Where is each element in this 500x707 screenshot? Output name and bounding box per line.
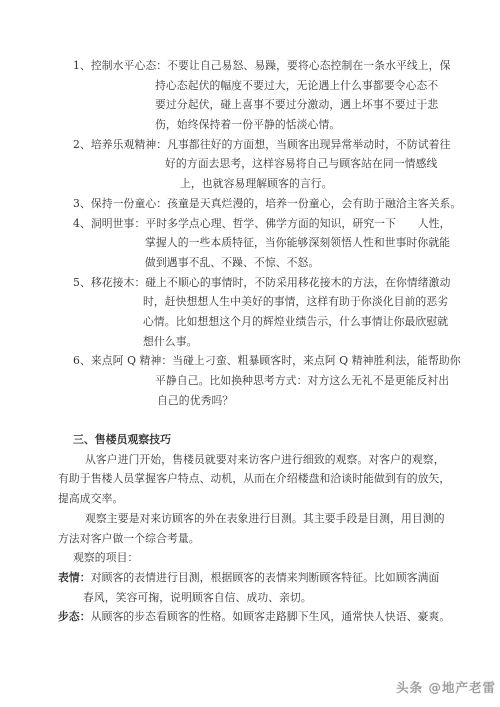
text-line: 自己的优秀吗？ [0, 391, 500, 411]
text-line: 掌握人的一些本质特征，当你能够深刻领悟人性和世事时你就能 [0, 233, 500, 253]
line-text: 掌握人的一些本质特征，当你能够深刻领悟人性和世事时你就能 [145, 236, 450, 249]
line-text: 1、控制水平心态：不要让自己易怒、易躁，要将心态控制在一条水平线上，保 [73, 59, 450, 72]
text-line: 表情：对顾客的表情进行目测，根据顾客的表情来判断顾客特征。比如顾客满面 [0, 568, 500, 588]
text-line: 想什么事。 [0, 332, 500, 352]
line-text: 做到遇事不乱、不躁、不惊、不怒。 [145, 256, 319, 269]
line-text: 三、售楼员观察技巧 [73, 433, 171, 446]
watermark-text: 头条 @地产老雷 [396, 680, 496, 695]
line-text: 6、来点阿 Q 精神：当碰上刁蛮、粗暴顾客时，来点阿 Q 精神胜利法，能帮助你 [73, 354, 461, 367]
text-line: 要过分起伏，碰上喜事不要过分激动，遇上坏事不要过于悲 [0, 95, 500, 115]
text-line: 步态：从顾客的步态看顾客的性格。如顾客走路脚下生风，通常快人快语、豪爽。 [0, 607, 500, 627]
line-text: 4、洞明世事：平时多学点心理、哲学、佛学方面的知识，研究一下 人性， [73, 217, 450, 230]
line-text: 伤，始终保持着一份平静的恬淡心情。 [155, 118, 340, 131]
line-text: 春风，笑容可掬，说明顾客自信、成功、亲切。 [83, 591, 312, 604]
line-text: 好的方面去思考，这样容易将自己与顾客站在同一情感线 [165, 157, 437, 170]
line-label: 表情： [58, 571, 91, 584]
line-text: 5、移花接木：碰上不顺心的事情时，不防采用移花接木的方法，在你情绪激动 [73, 276, 450, 289]
line-label: 步态： [58, 610, 91, 623]
text-line: 1、控制水平心态：不要让自己易怒、易躁，要将心态控制在一条水平线上，保 [0, 56, 500, 76]
line-text: 心情。比如想想这个月的辉煌业绩告示，什么事情让你最欣慰就 [143, 315, 448, 328]
line-text: 时，赶快想想人生中美好的事情，这样有助于你淡化目前的恶劣 [143, 295, 448, 308]
text-line: 春风，笑容可掬，说明顾客自信、成功、亲切。 [0, 588, 500, 608]
document-body: 1、控制水平心态：不要让自己易怒、易躁，要将心态控制在一条水平线上，保持心态起伏… [0, 56, 500, 627]
text-line: 伤，始终保持着一份平静的恬淡心情。 [0, 115, 500, 135]
text-line: 4、洞明世事：平时多学点心理、哲学、佛学方面的知识，研究一下 人性， [0, 214, 500, 234]
text-line: 方法对客户做一个综合考量。 [0, 529, 500, 549]
line-text: 想什么事。 [143, 335, 197, 348]
blank-line [0, 410, 500, 430]
watermark: 头条 @地产老雷 [396, 678, 496, 696]
line-text: 方法对客户做一个综合考量。 [58, 532, 200, 545]
text-line: 上，也就容易理解顾客的言行。 [0, 174, 500, 194]
text-line: 提高成交率。 [0, 489, 500, 509]
line-text: 对顾客的表情进行目测，根据顾客的表情来判断顾客特征。比如顾客满面 [91, 571, 440, 584]
line-text: 从客户进门开始，售楼员就要对来访客户进行细致的观察。对客户的观察， [85, 453, 445, 466]
line-text: 提高成交率。 [58, 492, 123, 505]
text-line: 平静自己。比如换种思考方式：对方这么无礼不是更能反衬出 [0, 371, 500, 391]
line-text: 持心态起伏的幅度不要过大，无论遇上什么事都要令心态不 [155, 79, 438, 92]
text-line: 2、培养乐观精神：凡事都往好的方面想，当顾客出现异常举动时，不防试着往 [0, 135, 500, 155]
text-line: 心情。比如想想这个月的辉煌业绩告示，什么事情让你最欣慰就 [0, 312, 500, 332]
text-line: 时，赶快想想人生中美好的事情，这样有助于你淡化目前的恶劣 [0, 292, 500, 312]
line-text: 自己的优秀吗？ [157, 394, 233, 407]
text-line: 持心态起伏的幅度不要过大，无论遇上什么事都要令心态不 [0, 76, 500, 96]
line-text: 有助于售楼人员掌握客户特点、动机，从而在介绍楼盘和洽谈时能做到有的放矢， [58, 472, 450, 485]
line-text: 平静自己。比如换种思考方式：对方这么无礼不是更能反衬出 [155, 374, 449, 387]
line-text: 观察的项目： [73, 551, 138, 564]
text-line: 3、保持一份童心：孩童是天真烂漫的，培养一份童心，会有助于融洽主客关系。 [0, 194, 500, 214]
text-line: 5、移花接木：碰上不顺心的事情时，不防采用移花接木的方法，在你情绪激动 [0, 273, 500, 293]
line-text: 3、保持一份童心：孩童是天真烂漫的，培养一份童心，会有助于融洽主客关系。 [73, 197, 461, 210]
text-line: 三、售楼员观察技巧 [0, 430, 500, 450]
text-line: 好的方面去思考，这样容易将自己与顾客站在同一情感线 [0, 154, 500, 174]
line-text: 上，也就容易理解顾客的言行。 [180, 177, 333, 190]
text-line: 做到遇事不乱、不躁、不惊、不怒。 [0, 253, 500, 273]
line-text: 要过分起伏，碰上喜事不要过分激动，遇上坏事不要过于悲 [155, 98, 438, 111]
line-text: 2、培养乐观精神：凡事都往好的方面想，当顾客出现异常举动时，不防试着往 [73, 138, 450, 151]
text-line: 观察的项目： [0, 548, 500, 568]
text-line: 6、来点阿 Q 精神：当碰上刁蛮、粗暴顾客时，来点阿 Q 精神胜利法，能帮助你 [0, 351, 500, 371]
text-line: 从客户进门开始，售楼员就要对来访客户进行细致的观察。对客户的观察， [0, 450, 500, 470]
text-line: 观察主要是对来访顾客的外在表象进行目测。其主要手段是目测，用目测的 [0, 509, 500, 529]
text-line: 有助于售楼人员掌握客户特点、动机，从而在介绍楼盘和洽谈时能做到有的放矢， [0, 469, 500, 489]
line-text: 从顾客的步态看顾客的性格。如顾客走路脚下生风，通常快人快语、豪爽。 [91, 610, 451, 623]
document-page: 1、控制水平心态：不要让自己易怒、易躁，要将心态控制在一条水平线上，保持心态起伏… [0, 0, 500, 707]
line-text: 观察主要是对来访顾客的外在表象进行目测。其主要手段是目测，用目测的 [85, 512, 445, 525]
